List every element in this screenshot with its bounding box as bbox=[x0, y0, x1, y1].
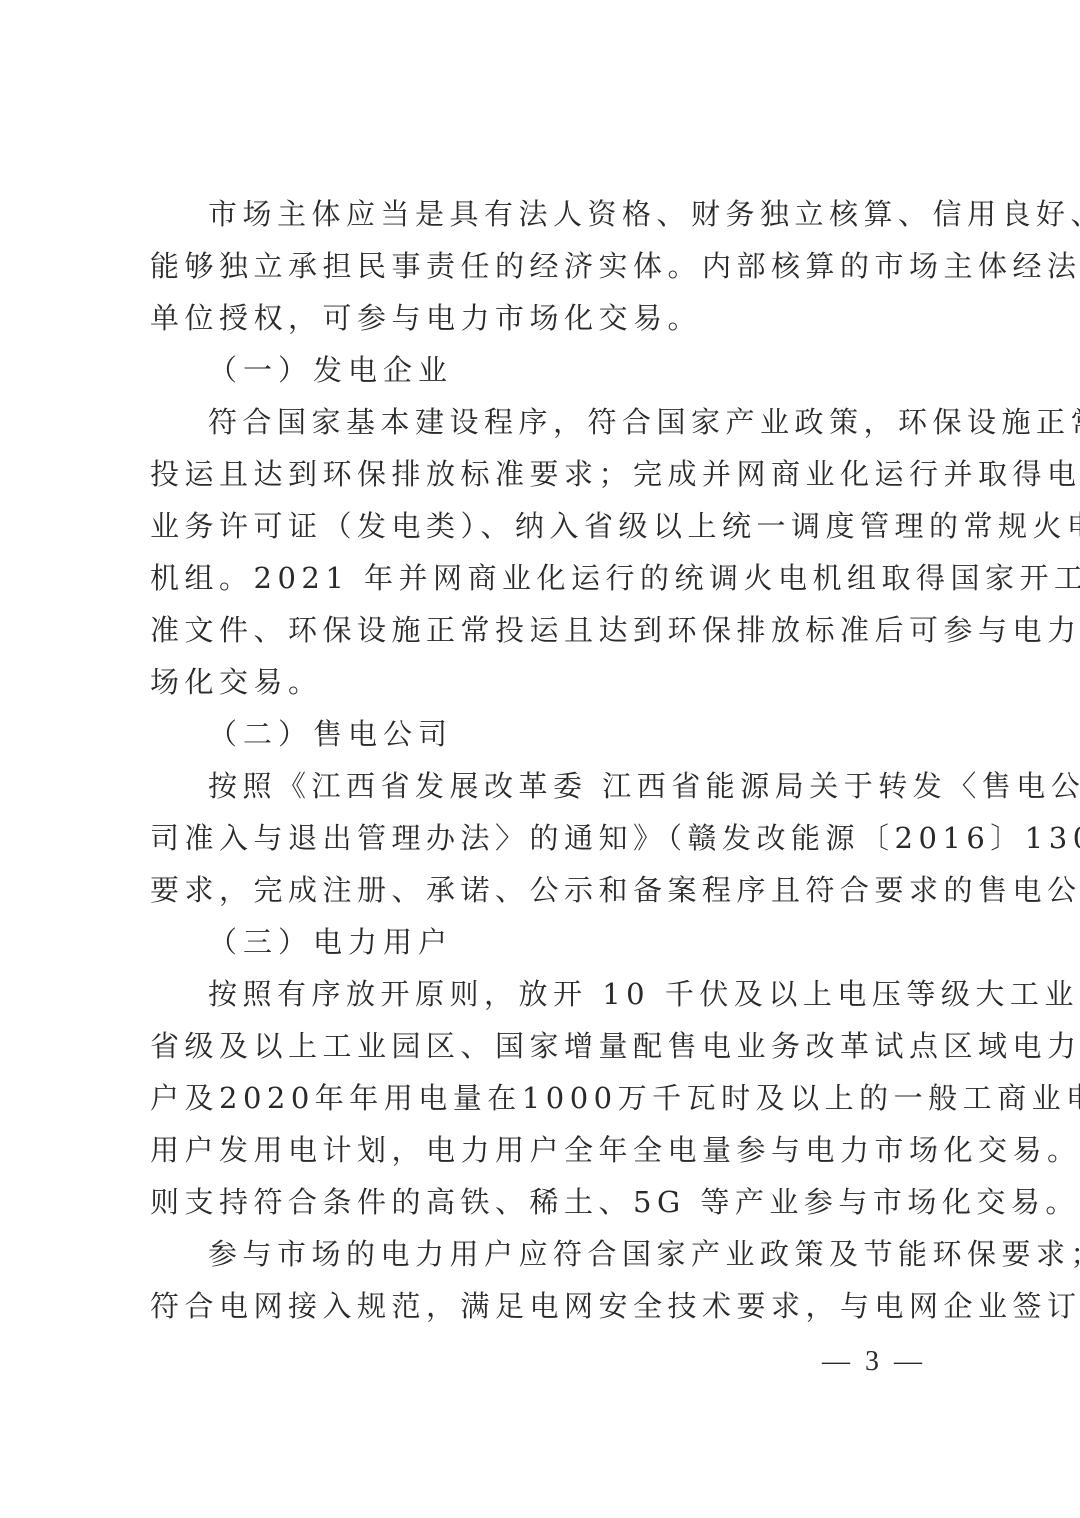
text-line: 市场主体应当是具有法人资格、财务独立核算、信用良好、 bbox=[150, 188, 950, 240]
section-heading-power-generation: （一）发电企业 bbox=[150, 344, 950, 396]
page-number: — 3 — bbox=[822, 1346, 926, 1378]
text-line: 符合电网接入规范，满足电网安全技术要求，与电网企业签订正 bbox=[150, 1280, 950, 1332]
text-line: 则支持符合条件的高铁、稀土、5G 等产业参与市场化交易。 bbox=[150, 1176, 950, 1228]
text-line: 场化交易。 bbox=[150, 656, 950, 708]
text-line: 能够独立承担民事责任的经济实体。内部核算的市场主体经法人 bbox=[150, 240, 950, 292]
text-line: 机组。2021 年并网商业化运行的统调火电机组取得国家开工核 bbox=[150, 552, 950, 604]
text-line: 投运且达到环保排放标准要求；完成并网商业化运行并取得电力 bbox=[150, 448, 950, 500]
text-line: 用户发用电计划，电力用户全年全电量参与电力市场化交易。原 bbox=[150, 1124, 950, 1176]
section-heading-power-users: （三）电力用户 bbox=[150, 916, 950, 968]
text-line: 单位授权，可参与电力市场化交易。 bbox=[150, 292, 950, 344]
text-line: 户及2020年年用电量在1000万千瓦时及以上的一般工商业电力 bbox=[150, 1072, 950, 1124]
paragraph-user-requirements: 参与市场的电力用户应符合国家产业政策及节能环保要求； 符合电网接入规范，满足电网… bbox=[150, 1228, 950, 1332]
text-line: 参与市场的电力用户应符合国家产业政策及节能环保要求； bbox=[150, 1228, 950, 1280]
document-page: 市场主体应当是具有法人资格、财务独立核算、信用良好、 能够独立承担民事责任的经济… bbox=[150, 188, 950, 1332]
heading-text: （一）发电企业 bbox=[150, 344, 950, 396]
paragraph-power-generation: 符合国家基本建设程序，符合国家产业政策，环保设施正常 投运且达到环保排放标准要求… bbox=[150, 396, 950, 708]
paragraph-market-entity: 市场主体应当是具有法人资格、财务独立核算、信用良好、 能够独立承担民事责任的经济… bbox=[150, 188, 950, 344]
text-line: 按照《江西省发展改革委 江西省能源局关于转发〈售电公 bbox=[150, 760, 950, 812]
text-line: 要求，完成注册、承诺、公示和备案程序且符合要求的售电公司。 bbox=[150, 864, 950, 916]
heading-text: （二）售电公司 bbox=[150, 708, 950, 760]
text-line: 业务许可证（发电类）、纳入省级以上统一调度管理的常规火电 bbox=[150, 500, 950, 552]
heading-text: （三）电力用户 bbox=[150, 916, 950, 968]
text-line: 省级及以上工业园区、国家增量配售电业务改革试点区域电力用 bbox=[150, 1020, 950, 1072]
paragraph-power-users: 按照有序放开原则，放开 10 千伏及以上电压等级大工业、 省级及以上工业园区、国… bbox=[150, 968, 950, 1228]
text-line: 符合国家基本建设程序，符合国家产业政策，环保设施正常 bbox=[150, 396, 950, 448]
section-heading-electricity-retailer: （二）售电公司 bbox=[150, 708, 950, 760]
paragraph-electricity-retailer: 按照《江西省发展改革委 江西省能源局关于转发〈售电公 司准入与退出管理办法〉的通… bbox=[150, 760, 950, 916]
text-line: 准文件、环保设施正常投运且达到环保排放标准后可参与电力市 bbox=[150, 604, 950, 656]
text-line: 司准入与退出管理办法〉的通知》（赣发改能源〔2016〕1306 号） bbox=[150, 812, 950, 864]
text-line: 按照有序放开原则，放开 10 千伏及以上电压等级大工业、 bbox=[150, 968, 950, 1020]
